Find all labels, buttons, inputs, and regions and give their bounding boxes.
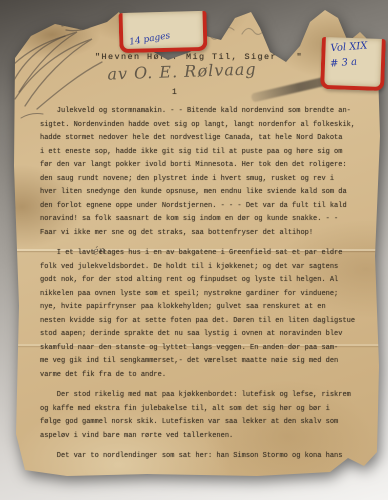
photo-of-manuscript: { "document": { "title": "\"Hevnen Hører… [0, 0, 388, 500]
author-signature: av O. E. Rølvaag [107, 59, 258, 83]
pencil-handwriting [192, 18, 312, 48]
volume-number-text: # 3 a [330, 57, 358, 70]
manuscript-paragraph: I et lavt etages hus i en av bakgatene i… [40, 247, 371, 382]
manuscript-paragraph: Der stod rikelig med mat paa kjøkkenbord… [40, 389, 371, 443]
archive-label-pages: 14 pages [118, 11, 207, 53]
archive-label-volume: Vol XIX # 3 a [320, 37, 386, 91]
manuscript-body: Julekveld og stormnamakin. - - Bitende k… [40, 105, 371, 471]
pages-note-text: 14 pages [129, 31, 171, 48]
manuscript-paragraph: Julekveld og stormnamakin. - - Bitende k… [40, 105, 371, 240]
page-number: 1 [172, 88, 177, 97]
manuscript-paragraph: Det var to nordlendinger som sat her: ha… [40, 450, 371, 464]
volume-text: Vol XIX [330, 41, 368, 55]
